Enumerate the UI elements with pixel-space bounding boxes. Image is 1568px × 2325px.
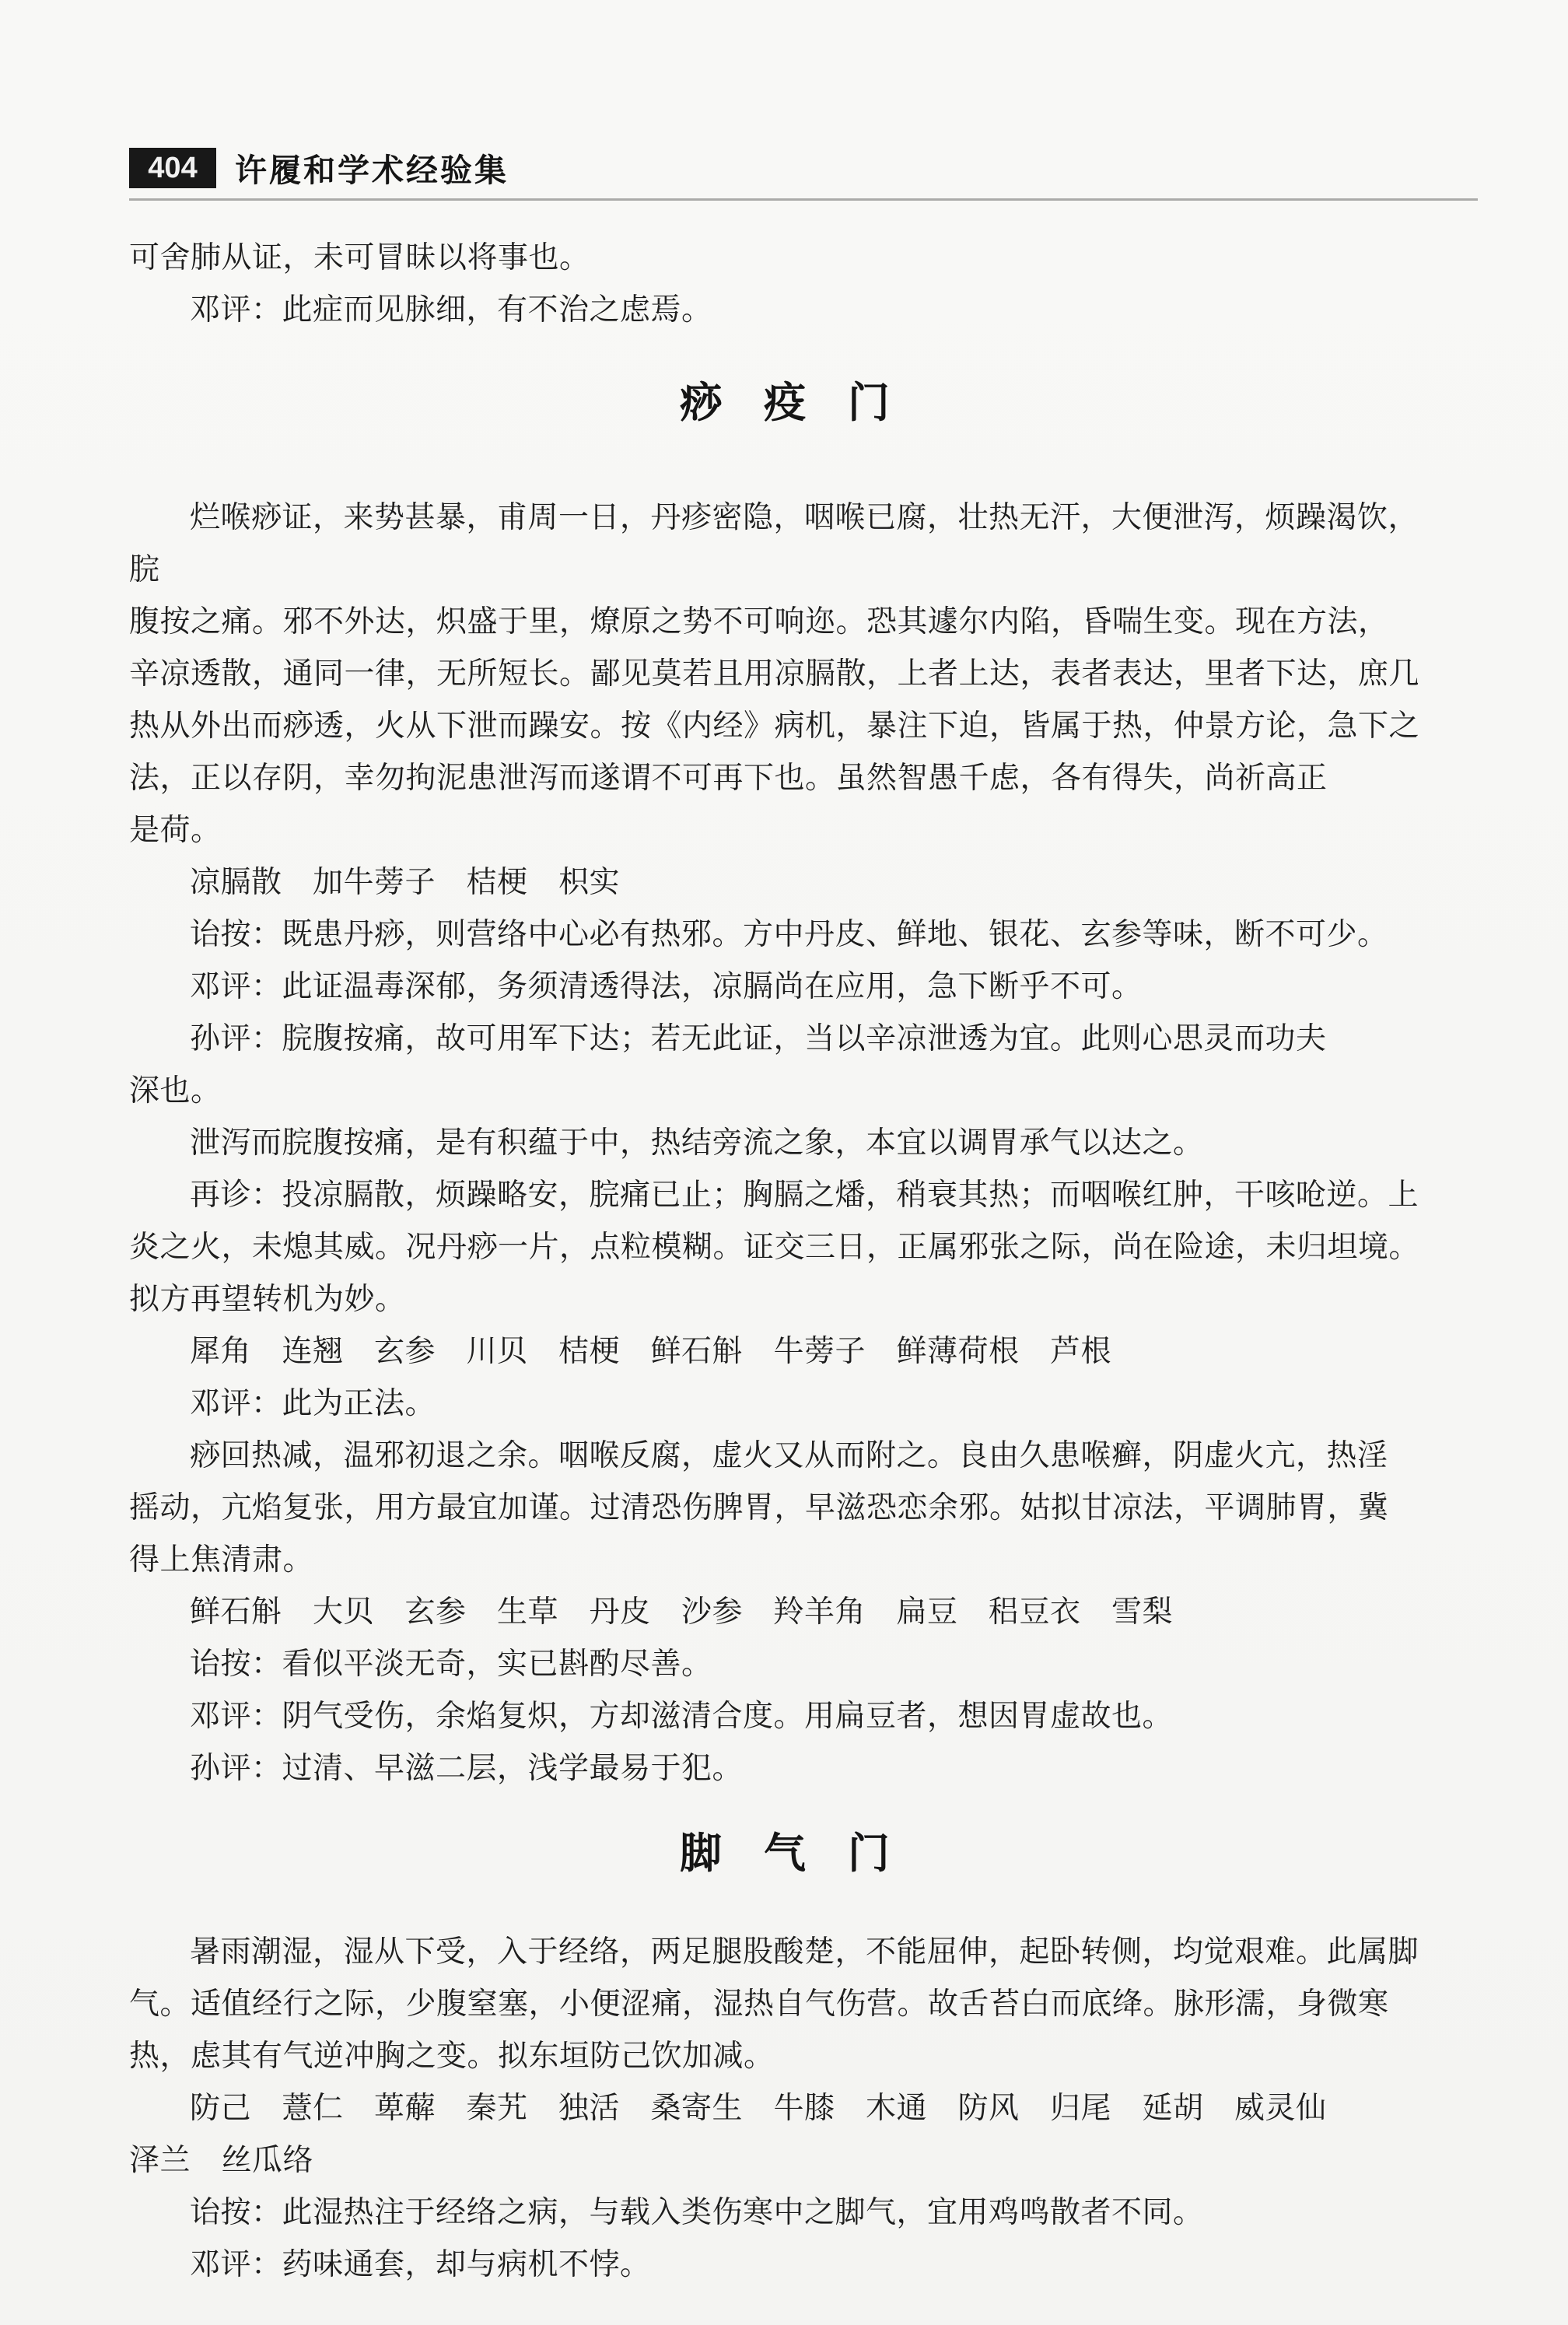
section-title-jiao-qi-men: 脚气门 (129, 1818, 1440, 1889)
comment-sun: 孙评：过清、早滋二层，浅学最易于犯。 (129, 1742, 1440, 1795)
header-rule (129, 198, 1478, 201)
case-paragraph: 烂喉痧证，来势甚暴，甫周一日，丹疹密隐，咽喉已腐，壮热无汗，大便泄泻，烦躁渴饮，… (129, 492, 1440, 856)
comment-deng: 邓评：药味通套，却与病机不悖。 (129, 2239, 1440, 2291)
book-title: 许履和学术经验集 (235, 145, 509, 191)
comment-deng: 邓评：阴气受伤，余焰复炽，方却滋清合度。用扁豆者，想因胃虚故也。 (129, 1690, 1440, 1742)
prescription-line: 防己 薏仁 萆薢 秦艽 独活 桑寄生 牛膝 木通 防风 归尾 延胡 威灵仙 泽兰… (129, 2082, 1440, 2187)
case-paragraph: 暑雨潮湿，湿从下受，入于经络，两足腿股酸楚，不能屈伸，起卧转侧，均觉艰难。此属脚… (129, 1926, 1440, 2082)
comment-deng: 邓评：此症而见脉细，有不治之虑焉。 (129, 284, 1440, 336)
case-paragraph: 再诊：投凉膈散，烦躁略安，脘痛已止；胸膈之燔，稍衰其热；而咽喉红肿，干咳呛逆。上… (129, 1169, 1440, 1325)
comment-sun: 孙评：脘腹按痛，故可用军下达；若无此证，当以辛凉泄透为宜。此则心思灵而功夫 深也… (129, 1013, 1440, 1117)
comment-yi: 诒按：此湿热注于经络之病，与载入类伤寒中之脚气，宜用鸡鸣散者不同。 (129, 2187, 1440, 2239)
case-paragraph: 痧回热减，温邪初退之余。咽喉反腐，虚火又从而附之。良由久患喉癣，阴虚火亢，热淫 … (129, 1430, 1440, 1586)
prescription-line: 凉膈散 加牛蒡子 桔梗 枳实 (129, 856, 1440, 909)
comment-deng: 邓评：此证温毒深郁，务须清透得法，凉膈尚在应用，急下断乎不可。 (129, 961, 1440, 1013)
comment-yi: 诒按：看似平淡无奇，实已斟酌尽善。 (129, 1638, 1440, 1690)
page-number-badge: 404 (129, 148, 216, 188)
case-note: 泄泻而脘腹按痛，是有积蕴于中，热结旁流之象，本宜以调胃承气以达之。 (129, 1117, 1440, 1169)
scanned-book-page: 404 许履和学术经验集 可舍肺从证，未可冒昧以将事也。 邓评：此症而见脉细，有… (0, 0, 1568, 2325)
prescription-line: 犀角 连翘 玄参 川贝 桔梗 鲜石斛 牛蒡子 鲜薄荷根 芦根 (129, 1325, 1440, 1378)
carryover-line: 可舍肺从证，未可冒昧以将事也。 (129, 232, 1440, 284)
page-content: 404 许履和学术经验集 可舍肺从证，未可冒昧以将事也。 邓评：此症而见脉细，有… (129, 145, 1440, 2291)
page-header: 404 许履和学术经验集 (129, 145, 1440, 191)
comment-deng: 邓评：此为正法。 (129, 1378, 1440, 1430)
prescription-line: 鲜石斛 大贝 玄参 生草 丹皮 沙参 羚羊角 扁豆 稆豆衣 雪梨 (129, 1586, 1440, 1638)
comment-yi: 诒按：既患丹痧，则营络中心必有热邪。方中丹皮、鲜地、银花、玄参等味，断不可少。 (129, 909, 1440, 961)
body-text: 可舍肺从证，未可冒昧以将事也。 邓评：此症而见脉细，有不治之虑焉。 痧疫门 烂喉… (129, 232, 1440, 2291)
section-title-sha-yi-men: 痧疫门 (129, 367, 1440, 439)
